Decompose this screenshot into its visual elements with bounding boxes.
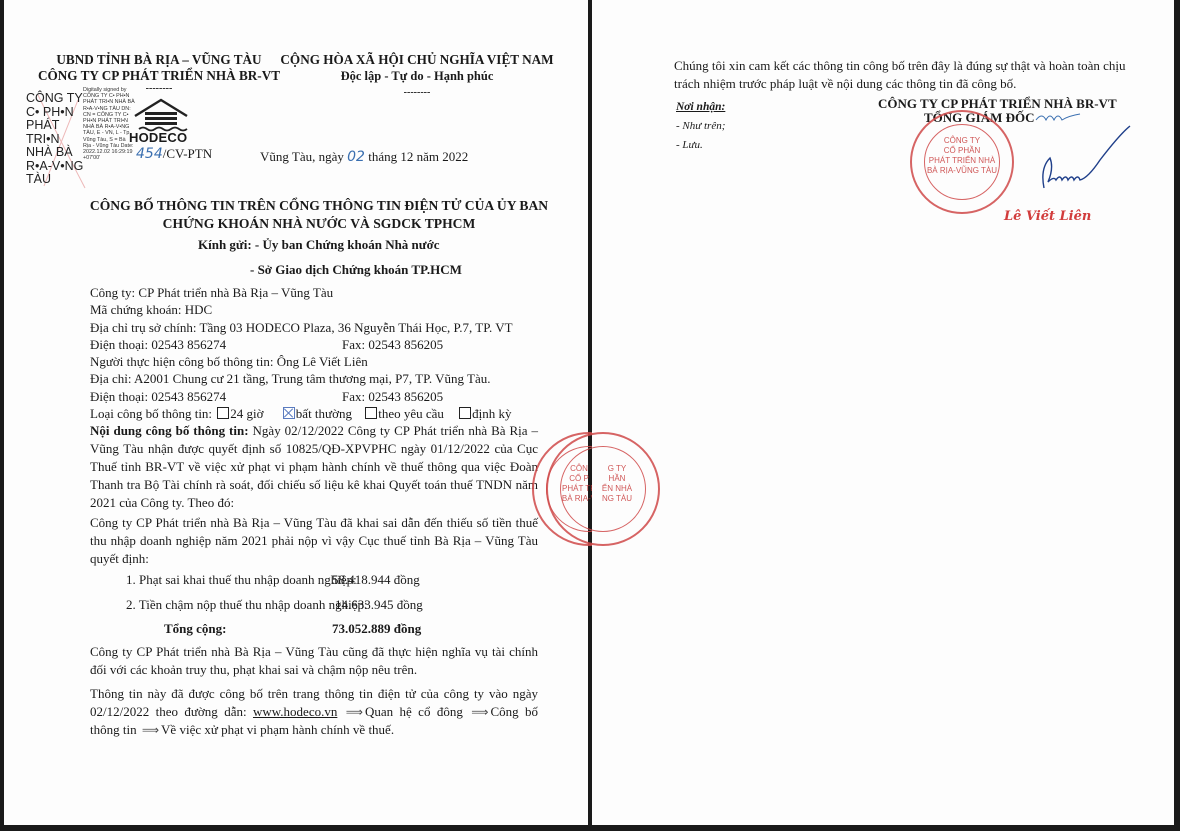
issuer-company: CÔNG TY CP PHÁT TRIỂN NHÀ BR-VT [24, 68, 294, 84]
arrow-right-icon: ⟹ [471, 703, 488, 721]
company-seal-partial: G TY HẦN ỂN NHÀ NG TÀU [546, 432, 660, 546]
disclosure-content: Nội dung công bố thông tin: Ngày 02/12/2… [90, 422, 538, 512]
recipients-label: Nơi nhận: [676, 101, 725, 113]
arrow-right-icon: ⟹ [346, 703, 363, 721]
phone-fax-row: Điện thoại: 02543 856274 Fax: 02543 8562… [90, 336, 513, 353]
option-periodic-label: định kỳ [472, 406, 511, 421]
checkbox-24h[interactable] [217, 407, 229, 419]
fine-item-2: 2. Tiền chậm nộp thuế thu nhập doanh ngh… [126, 597, 368, 613]
issuer-header: UBND TỈNH BÀ RỊA – VŨNG TÀU CÔNG TY CP P… [24, 52, 294, 94]
recipient-line-2: - Sở Giao dịch Chứng khoán TP.HCM [250, 262, 462, 278]
fine-amount-2: 14.633.945 đồng [335, 597, 423, 613]
document-page-2: Chúng tôi xin cam kết các thông tin công… [592, 0, 1174, 825]
commitment-paragraph: Chúng tôi xin cam kết các thông tin công… [674, 57, 1134, 93]
arrow-right-icon: ⟹ [142, 721, 159, 739]
digital-signature-details: Digitally signed by CÔNG TY C• PH•N PHÁT… [83, 87, 135, 161]
completion-paragraph: Công ty CP Phát triển nhà Bà Rịa – Vũng … [90, 643, 538, 679]
disclosure-type-row: Loại công bố thông tin: 24 giờ bất thườn… [90, 405, 513, 422]
ticker: Mã chứng khoán: HDC [90, 301, 513, 318]
option-on-request-label: theo yêu cầu [378, 406, 444, 421]
option-irregular-label: bất thường [296, 406, 352, 421]
fine-amount-1: 58.418.944 đồng [332, 572, 420, 588]
document-page-1: UBND TỈNH BÀ RỊA – VŨNG TÀU CÔNG TY CP P… [4, 0, 588, 825]
issuer-authority: UBND TỈNH BÀ RỊA – VŨNG TÀU [24, 52, 294, 68]
decision-paragraph: Công ty CP Phát triển nhà Bà Rịa – Vũng … [90, 514, 538, 568]
option-24h-label: 24 giờ [230, 406, 263, 421]
phone-fax-row: Điện thoại: 02543 856274 Fax: 02543 8562… [90, 388, 513, 405]
company-info: Công ty: CP Phát triển nhà Bà Rịa – Vũng… [90, 284, 513, 422]
fax: Fax: 02543 856205 [342, 388, 443, 405]
document-number: 454/CV-PTN [136, 146, 212, 162]
website-link[interactable]: www.hodeco.vn [253, 704, 337, 719]
checkbox-periodic[interactable] [459, 407, 471, 419]
head-office-address: Địa chỉ trụ sở chính: Tầng 03 HODECO Pla… [90, 319, 513, 336]
disclosure-type-label: Loại công bố thông tin: [90, 406, 212, 421]
handwritten-signature-icon [964, 100, 1144, 200]
phone: Điện thoại: 02543 856274 [90, 389, 226, 404]
discloser: Người thực hiện công bố thông tin: Ông L… [90, 353, 513, 370]
document-date: Vũng Tàu, ngày 02 tháng 12 năm 2022 [260, 149, 468, 165]
signer-name: Lê Viết Liên [1004, 209, 1091, 224]
national-header: CỘNG HÒA XÃ HỘI CHỦ NGHĨA VIỆT NAM Độc l… [276, 52, 558, 98]
document-title: CÔNG BỐ THÔNG TIN TRÊN CỔNG THÔNG TIN ĐI… [84, 197, 554, 233]
fine-item-1: 1. Phạt sai khai thuế thu nhập doanh ngh… [126, 572, 357, 588]
national-title: CỘNG HÒA XÃ HỘI CHỦ NGHĨA VIỆT NAM [276, 52, 558, 68]
company-name: Công ty: CP Phát triển nhà Bà Rịa – Vũng… [90, 284, 513, 301]
recipient-item: - Lưu. [676, 139, 725, 151]
checkbox-on-request[interactable] [365, 407, 377, 419]
fax: Fax: 02543 856205 [342, 336, 443, 353]
total-amount: 73.052.889 đồng [332, 621, 421, 637]
content-label: Nội dung công bố thông tin: [90, 423, 249, 438]
national-motto: Độc lập - Tự do - Hạnh phúc [276, 68, 558, 84]
recipient-line-1: Kính gửi: - Ủy ban Chứng khoán Nhà nước [198, 237, 440, 253]
recipients-list: Nơi nhận: - Như trên; - Lưu. [676, 101, 725, 158]
fine-total: Tổng cộng:73.052.889 đồng [164, 621, 226, 637]
phone: Điện thoại: 02543 856274 [90, 337, 226, 352]
link-paragraph: Thông tin này đã được công bố trên trang… [90, 685, 538, 739]
checkbox-irregular[interactable] [283, 407, 295, 419]
separator: -------- [276, 88, 558, 98]
hodeco-logo-text: HODECO [129, 130, 187, 145]
discloser-address: Địa chỉ: A2001 Chung cư 21 tầng, Trung t… [90, 370, 513, 387]
recipient-item: - Như trên; [676, 120, 725, 132]
digital-signer-name: CÔNG TY C• PH•N PHÁT TRI•N NHÀ BÀ R•A-V•… [26, 92, 86, 187]
